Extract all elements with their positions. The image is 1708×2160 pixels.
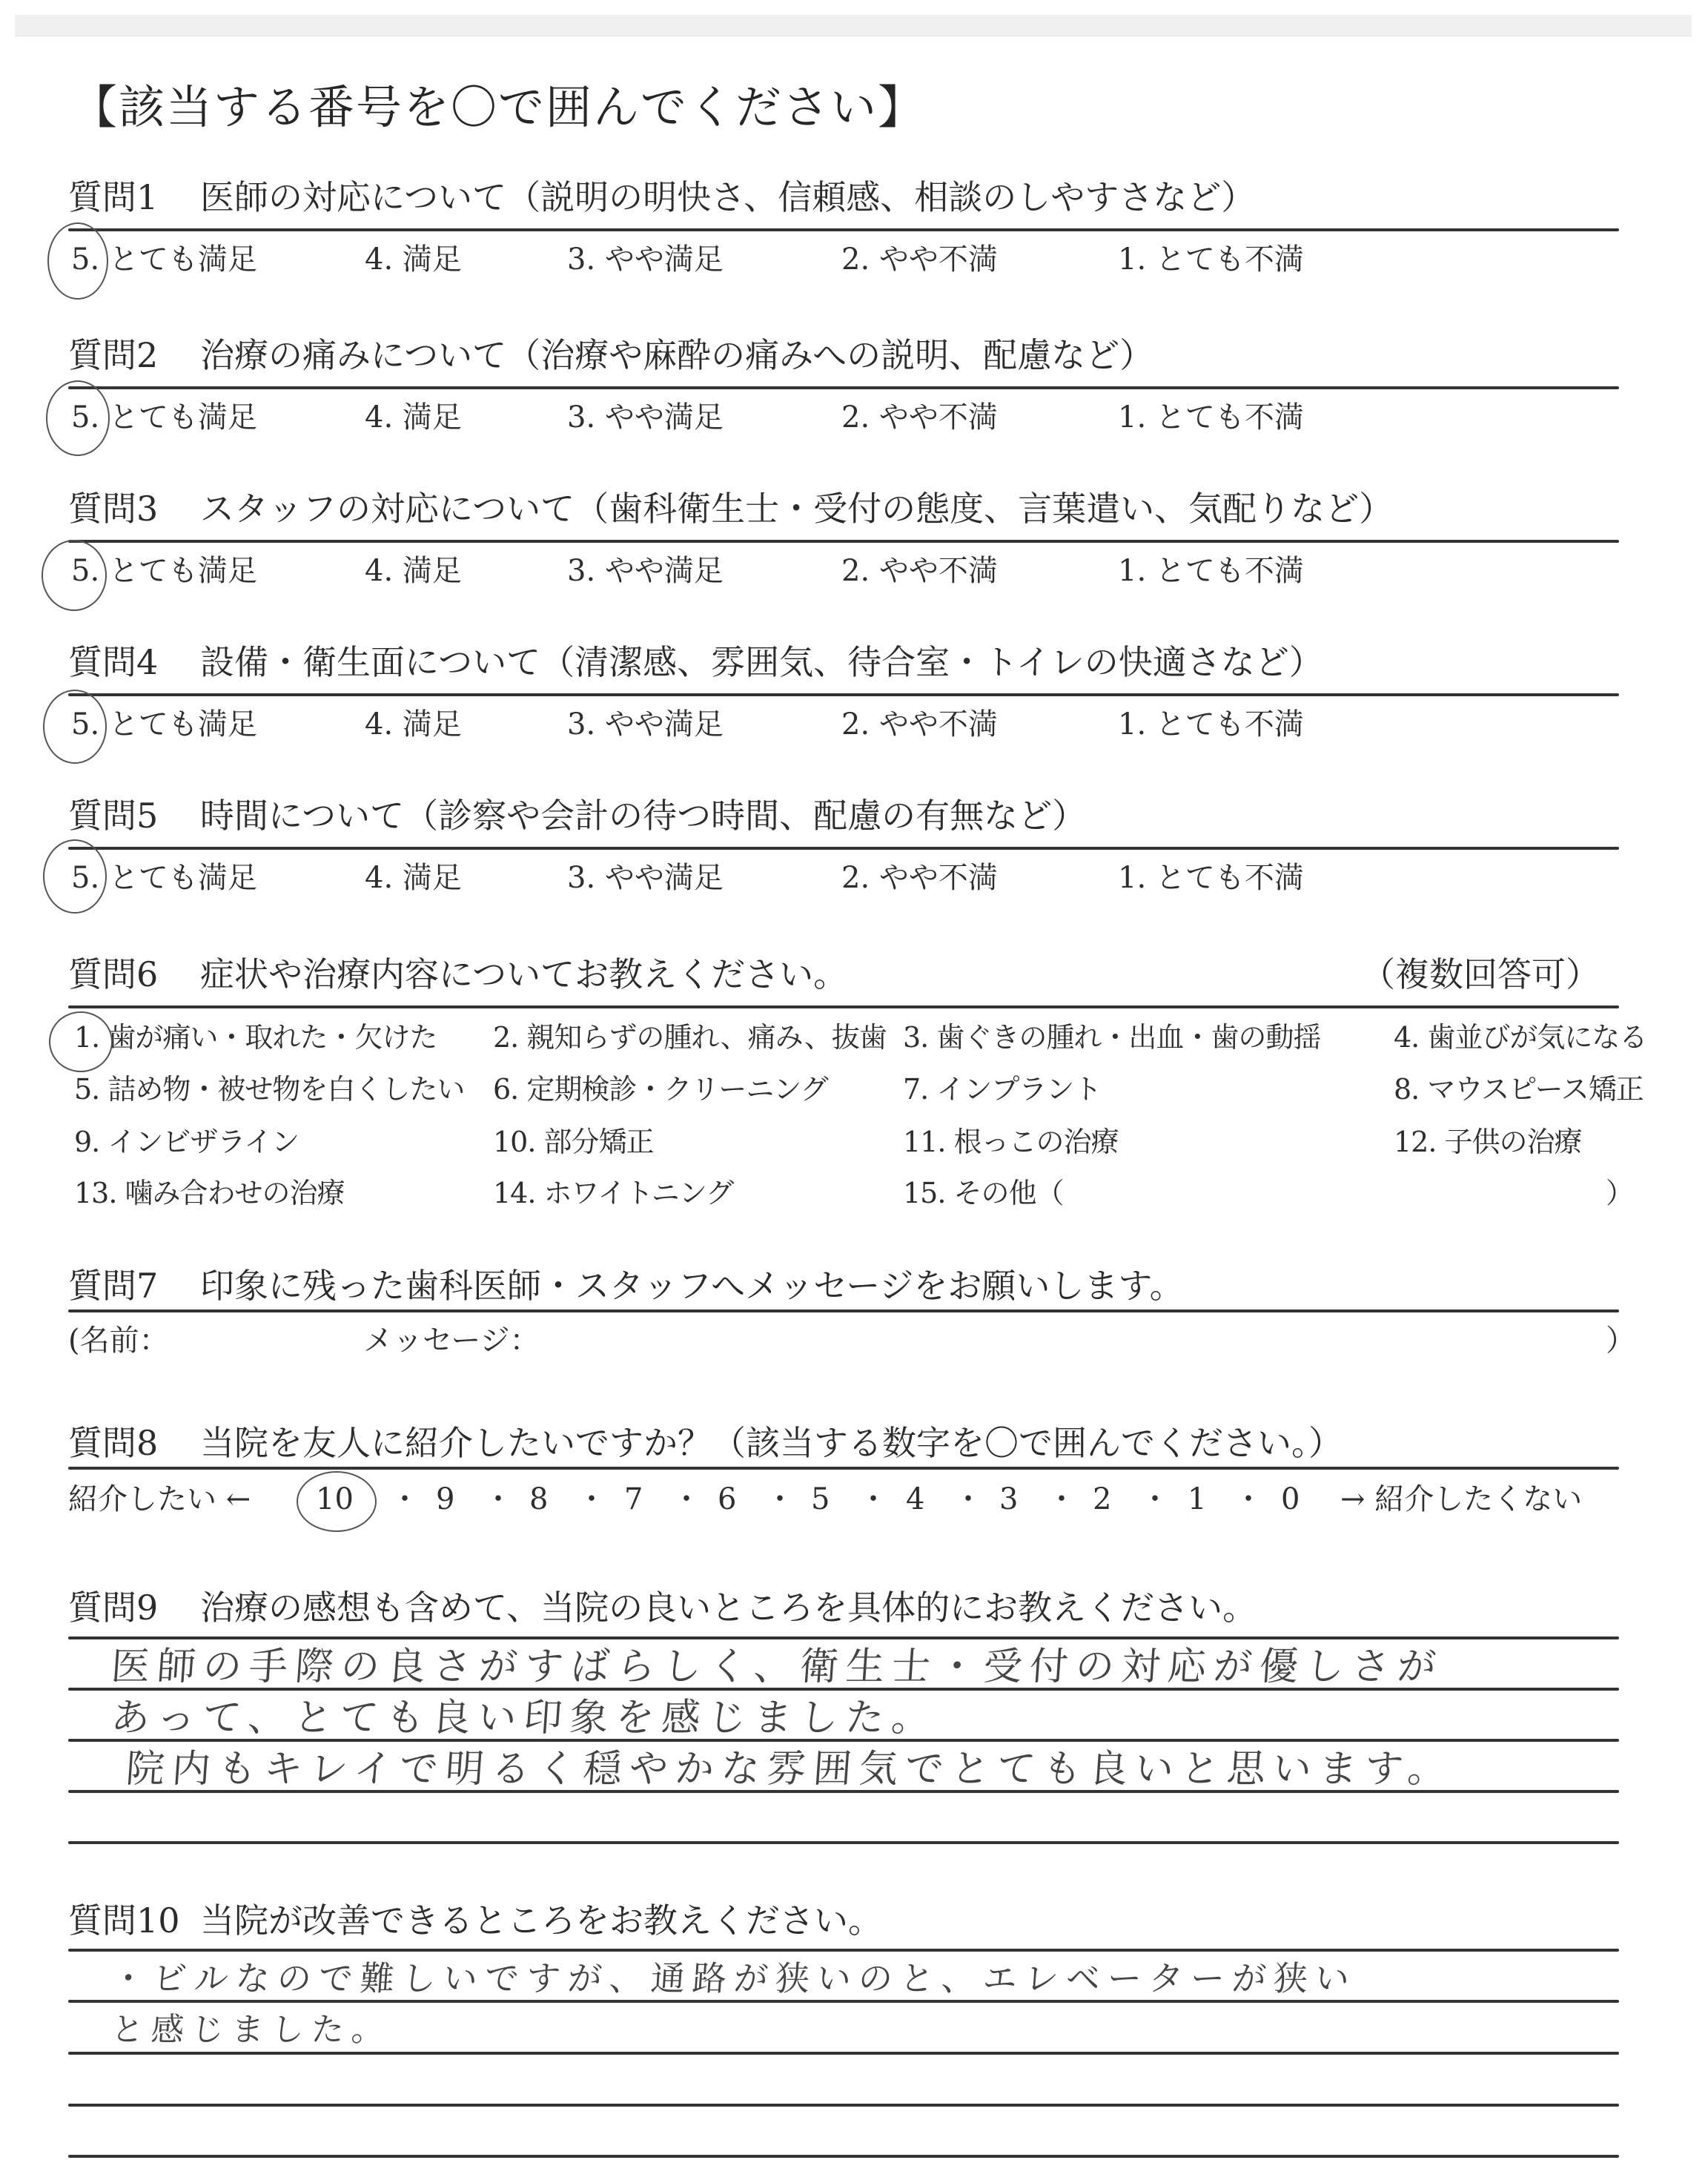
option-1[interactable]: 1. とても不満 — [1118, 400, 1304, 435]
checklist-item-11[interactable]: 11. 根っこの治療 — [903, 1125, 1119, 1159]
question-number: 質問7 — [68, 1265, 158, 1307]
option-4[interactable]: 4. 満足 — [365, 242, 462, 277]
scale-9[interactable]: 9 — [436, 1482, 454, 1517]
selection-circle — [49, 1011, 113, 1072]
scan-top-edge — [15, 15, 1692, 36]
checklist-item-5[interactable]: 5. 詰め物・被せ物を白くしたい — [74, 1072, 464, 1106]
question-title: 治療の痛みについて（治療や麻酔の痛みへの説明、配慮など） — [200, 334, 1153, 376]
question-title: 時間について（診察や会計の待つ時間、配慮の有無など） — [200, 795, 1086, 836]
question-number: 質問4 — [68, 641, 158, 683]
option-3[interactable]: 3. やや満足 — [567, 400, 724, 435]
option-3[interactable]: 3. やや満足 — [567, 242, 724, 277]
handwritten-answer-line-2[interactable]: と感じました。 — [110, 2008, 393, 2052]
divider — [68, 540, 1619, 543]
writing-line — [68, 2104, 1619, 2107]
divider — [68, 693, 1619, 696]
checklist-item-13[interactable]: 13. 噛み合わせの治療 — [74, 1176, 345, 1210]
option-4[interactable]: 4. 満足 — [365, 860, 462, 896]
selection-circle — [43, 690, 107, 764]
question-title: 設備・衛生面について（清潔感、雰囲気、待合室・トイレの快適さなど） — [200, 641, 1323, 683]
close-paren: ） — [1606, 1323, 1635, 1358]
handwritten-answer-line-1[interactable]: ・ビルなので難しいですが、通路が狭いのと、エレベーターが狭い — [110, 1956, 1358, 2001]
checklist-item-10[interactable]: 10. 部分矯正 — [493, 1125, 654, 1159]
option-3[interactable]: 3. やや満足 — [567, 707, 724, 742]
writing-line — [68, 2155, 1619, 2158]
question-title: 印象に残った歯科医師・スタッフへメッセージをお願いします。 — [200, 1265, 1184, 1307]
scale-separator: ・ — [1234, 1482, 1263, 1517]
option-1[interactable]: 1. とても不満 — [1118, 707, 1304, 742]
multiple-answers-note: （複数回答可） — [1361, 954, 1600, 995]
scale-8[interactable]: 8 — [529, 1482, 548, 1517]
writing-line — [68, 2000, 1619, 2003]
question-number: 質問9 — [68, 1587, 158, 1628]
option-1[interactable]: 1. とても不満 — [1118, 553, 1304, 589]
question-number: 質問3 — [68, 488, 158, 529]
scale-1[interactable]: 1 — [1188, 1482, 1206, 1517]
option-1[interactable]: 1. とても不満 — [1118, 860, 1304, 896]
writing-line — [68, 1790, 1619, 1793]
divider — [68, 847, 1619, 850]
question-title: スタッフの対応について（歯科衛生士・受付の態度、言葉遣い、気配りなど） — [200, 488, 1393, 529]
scale-7[interactable]: 7 — [624, 1482, 643, 1517]
writing-line — [68, 1841, 1619, 1844]
scale-separator: ・ — [765, 1482, 795, 1517]
divider — [68, 1467, 1619, 1470]
selection-circle — [297, 1471, 377, 1532]
question-number: 質問2 — [68, 334, 158, 376]
scale-4[interactable]: 4 — [906, 1482, 924, 1517]
handwritten-answer-line-1[interactable]: 医師の手際の良さがすばらしく、衛生士・受付の対応が優しさが — [110, 1645, 1445, 1689]
divider — [68, 228, 1619, 231]
page-title: 【該当する番号を〇で囲んでください】 — [71, 80, 925, 135]
divider — [68, 1949, 1619, 1952]
scale-2[interactable]: 2 — [1093, 1482, 1111, 1517]
selection-circle — [47, 222, 108, 300]
option-3[interactable]: 3. やや満足 — [567, 553, 724, 589]
option-2[interactable]: 2. やや不満 — [841, 400, 998, 435]
checklist-item-4[interactable]: 4. 歯並びが気になる — [1394, 1020, 1646, 1054]
question-number: 質問8 — [68, 1422, 158, 1464]
not-recommend-label: → 紹介したくない — [1340, 1482, 1582, 1517]
name-field[interactable] — [181, 1323, 351, 1358]
option-4[interactable]: 4. 満足 — [365, 400, 462, 435]
checklist-item-3[interactable]: 3. 歯ぐきの腫れ・出血・歯の動揺 — [903, 1020, 1320, 1054]
option-4[interactable]: 4. 満足 — [365, 707, 462, 742]
scale-separator: ・ — [1140, 1482, 1170, 1517]
option-2[interactable]: 2. やや不満 — [841, 707, 998, 742]
handwritten-answer-line-3[interactable]: 院内もキレイで明るく穏やかな雰囲気でとても良いと思います。 — [125, 1747, 1455, 1791]
divider — [68, 1309, 1619, 1312]
checklist-item-1[interactable]: 1. 歯が痛い・取れた・欠けた — [74, 1020, 437, 1054]
checklist-item-14[interactable]: 14. ホワイトニング — [493, 1176, 733, 1210]
selection-circle — [42, 540, 107, 611]
divider — [68, 1636, 1619, 1639]
question-title: 治療の感想も含めて、当院の良いところを具体的にお教えください。 — [200, 1587, 1257, 1628]
checklist-item-15[interactable]: 15. その他（ — [903, 1176, 1064, 1210]
message-label: メッセージ： — [363, 1323, 540, 1358]
option-4[interactable]: 4. 満足 — [365, 553, 462, 589]
writing-line — [68, 2052, 1619, 2055]
scale-6[interactable]: 6 — [718, 1482, 736, 1517]
option-1[interactable]: 1. とても不満 — [1118, 242, 1304, 277]
checklist-item-12[interactable]: 12. 子供の治療 — [1394, 1125, 1582, 1159]
writing-line — [68, 1688, 1619, 1691]
scale-separator: ・ — [577, 1482, 606, 1517]
question-number: 質問10 — [68, 1900, 180, 1941]
checklist-item-8[interactable]: 8. マウスピース矯正 — [1394, 1072, 1644, 1106]
option-3[interactable]: 3. やや満足 — [567, 860, 724, 896]
option-2[interactable]: 2. やや不満 — [841, 242, 998, 277]
option-2[interactable]: 2. やや不満 — [841, 553, 998, 589]
checklist-item-2[interactable]: 2. 親知らずの腫れ、痛み、抜歯 — [493, 1020, 887, 1054]
divider — [68, 1005, 1619, 1008]
scale-separator: ・ — [953, 1482, 983, 1517]
scale-separator: ・ — [390, 1482, 420, 1517]
handwritten-answer-line-2[interactable]: あって、とても良い印象を感じました。 — [110, 1696, 939, 1740]
checklist-item-7[interactable]: 7. インプラント — [903, 1072, 1101, 1106]
question-title: 症状や治療内容についてお教えください。 — [200, 954, 847, 995]
scale-separator: ・ — [1047, 1482, 1076, 1517]
question-number: 質問1 — [68, 176, 158, 218]
scale-separator: ・ — [672, 1482, 701, 1517]
writing-line — [68, 1739, 1619, 1742]
question-title: 医師の対応について（説明の明快さ、信頼感、相談のしやすさなど） — [200, 176, 1255, 218]
scale-separator: ・ — [858, 1482, 888, 1517]
selection-circle — [43, 839, 107, 914]
question-title: 当院が改善できるところをお教えください。 — [200, 1900, 882, 1941]
scale-3[interactable]: 3 — [999, 1482, 1018, 1517]
scale-separator: ・ — [483, 1482, 513, 1517]
scale-5[interactable]: 5 — [811, 1482, 830, 1517]
selection-circle — [46, 380, 110, 456]
other-close-paren: ） — [1606, 1176, 1633, 1210]
question-title: 当院を友人に紹介したいですか？（該当する数字を〇で囲んでください。） — [200, 1422, 1343, 1464]
question-number: 質問6 — [68, 954, 158, 995]
option-2[interactable]: 2. やや不満 — [841, 860, 998, 896]
checklist-item-6[interactable]: 6. 定期検診・クリーニング — [493, 1072, 828, 1106]
checklist-item-9[interactable]: 9. インビザライン — [74, 1125, 299, 1159]
divider — [68, 386, 1619, 389]
recommend-label: 紹介したい ← — [68, 1482, 251, 1517]
name-label: (名前： — [68, 1323, 169, 1358]
question-number: 質問5 — [68, 795, 158, 836]
scale-0[interactable]: 0 — [1281, 1482, 1300, 1517]
message-field[interactable] — [549, 1323, 1586, 1358]
